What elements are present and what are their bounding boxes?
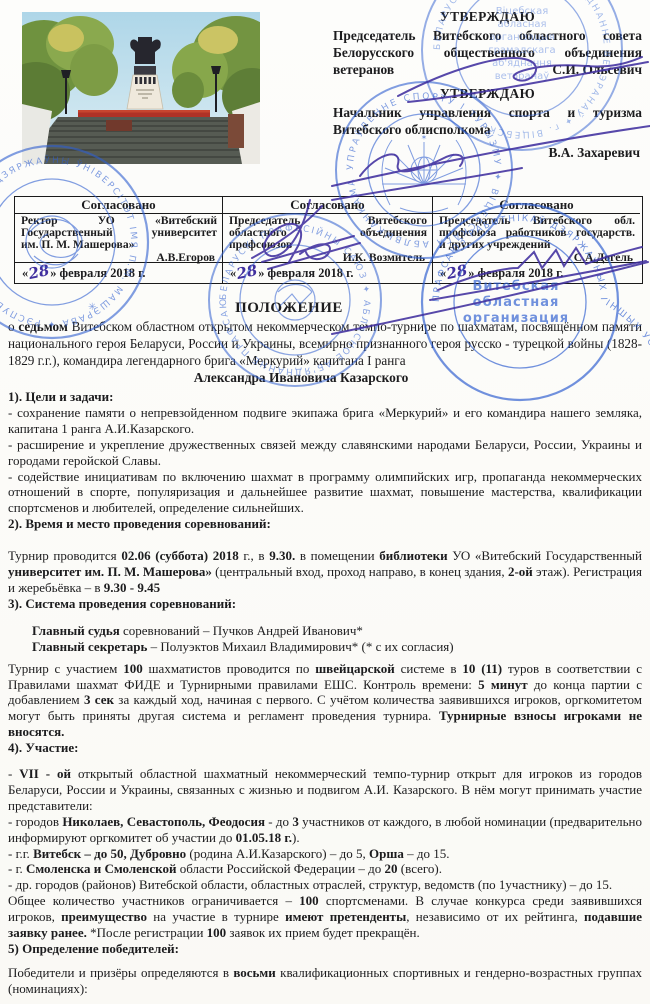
handwritten-day: 28 xyxy=(26,261,51,284)
body-paragraph: - др. городов (районов) Витебской област… xyxy=(8,877,642,893)
body-paragraph: - расширение и укрепление дружественных … xyxy=(8,437,642,469)
agreement-table: Согласовано Ректор УО «Витебский Государ… xyxy=(14,196,643,284)
agreement-2-line-3: и других учреждений xyxy=(439,239,635,251)
agreement-0-date: «28» февраля 2018 г. xyxy=(15,262,222,283)
body-paragraph: - VII - ой открытый областной шахматный … xyxy=(8,766,642,814)
body-paragraph: Турнир проводится 02.06 (суббота) 2018 г… xyxy=(8,548,642,596)
body-paragraph: - сохранение памяти о непревзойденном по… xyxy=(8,405,642,437)
approval-sport-department: УТВЕРЖДАЮ Начальник управления спорта и … xyxy=(333,85,642,161)
monument-photo-art xyxy=(22,12,260,164)
body-paragraph: Главный судья соревнований – Пучков Андр… xyxy=(8,623,642,639)
agreement-header: Согласовано xyxy=(15,197,222,214)
agreement-header: Согласовано xyxy=(223,197,432,214)
section-heading-1: 1). Цели и задачи: xyxy=(8,389,642,405)
agreement-col-university: Согласовано Ректор УО «Витебский Государ… xyxy=(15,197,222,283)
approval-1-signee: С.И. Ольсевич xyxy=(552,61,642,78)
approval-1-line-2: Белорусского общественного объединения xyxy=(333,44,642,61)
title-block: ПОЛОЖЕНИЕ о седьмом Витебском областном … xyxy=(8,300,642,386)
body-paragraph: Победители и призёры определяются в вось… xyxy=(8,965,642,997)
agreement-col-state-workers-union: Согласовано Председатель Витебского обл.… xyxy=(432,197,640,283)
approval-2-line-2: Витебского облисполкома xyxy=(333,121,642,138)
section-heading-4: 4). Участие: xyxy=(8,740,642,756)
agreement-1-line-3: профсоюзов xyxy=(229,239,427,251)
handwritten-day: 28 xyxy=(444,261,469,284)
scanned-document-page: УТВЕРЖДАЮ Председатель Витебского област… xyxy=(0,0,650,1004)
handwritten-day: 28 xyxy=(234,261,259,284)
approval-blocks: УТВЕРЖДАЮ Председатель Витебского област… xyxy=(333,8,642,161)
section-heading-2: 2). Время и место проведения соревновани… xyxy=(8,516,642,532)
body-paragraph: Турнир с участием 100 шахматистов провод… xyxy=(8,661,642,741)
approve-heading-1: УТВЕРЖДАЮ xyxy=(333,8,642,25)
approval-2-signee: В.А. Захаревич xyxy=(333,144,642,161)
agreement-col-union-association: Согласовано Председатель Витебского обла… xyxy=(222,197,432,283)
body-paragraph: - городов Николаев, Севастополь, Феодоси… xyxy=(8,814,642,846)
section-heading-5: 5) Определение победителей: xyxy=(8,941,642,957)
body-paragraph: Главный секретарь – Полуэктов Михаил Вла… xyxy=(8,639,642,655)
document-body: 1). Цели и задачи: - сохранение памяти о… xyxy=(8,389,642,997)
agreement-2-date: «28» февраля 2018 г. xyxy=(433,262,640,283)
approve-heading-2: УТВЕРЖДАЮ xyxy=(333,85,642,102)
approval-veterans-council: УТВЕРЖДАЮ Председатель Витебского област… xyxy=(333,8,642,78)
monument-photo xyxy=(22,12,260,164)
agreement-1-date: «28» февраля 2018 г. xyxy=(223,262,432,283)
body-paragraph: - г.г. Витебск – до 50, Дубровно (родина… xyxy=(8,846,642,862)
section-heading-3: 3). Система проведения соревнований: xyxy=(8,596,642,612)
approval-1-line-3: ветеранов xyxy=(333,61,394,78)
approval-2-line-1: Начальник управления спорта и туризма xyxy=(333,104,642,121)
body-paragraph: - содействие инициативам по включению ша… xyxy=(8,469,642,517)
agreement-0-line-3: им. П. М. Машерова» xyxy=(21,239,217,251)
document-subtitle: о седьмом Витебском областном открытом н… xyxy=(8,318,642,369)
document-title: ПОЛОЖЕНИЕ xyxy=(0,300,606,317)
agreement-header: Согласовано xyxy=(433,197,640,214)
approval-1-line-1: Председатель Витебского областного совет… xyxy=(333,27,642,44)
document-subtitle-name: Александра Ивановича Казарского xyxy=(0,370,618,386)
body-paragraph: - г. Смоленска и Смоленской области Росс… xyxy=(8,861,642,877)
body-paragraph: Общее количество участников ограничивает… xyxy=(8,893,642,941)
